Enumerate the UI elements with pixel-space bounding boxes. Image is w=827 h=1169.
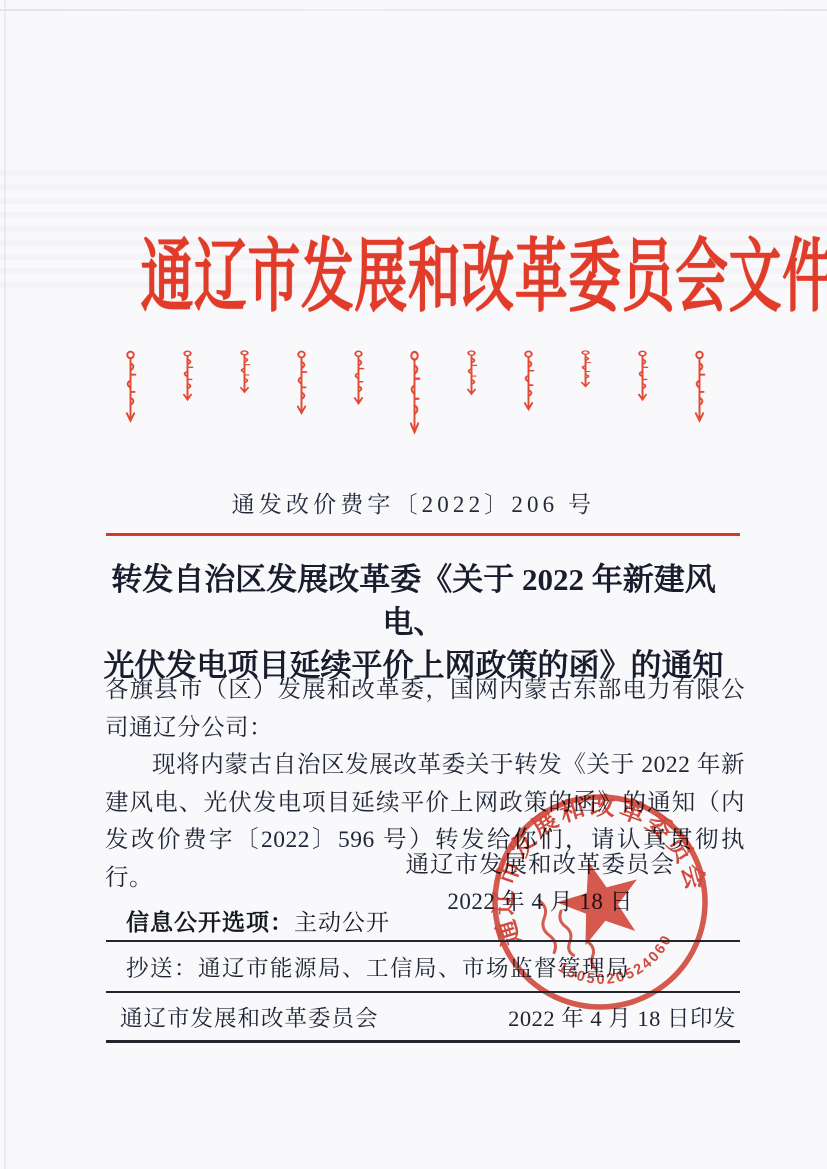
mongolian-word-glyph bbox=[238, 350, 251, 394]
seal-star-icon bbox=[548, 850, 650, 950]
cc-row: 抄送：通辽市能源局、工信局、市场监督管理局 bbox=[126, 951, 630, 983]
red-separator-rule bbox=[106, 533, 740, 536]
mongolian-word-glyph bbox=[408, 350, 421, 436]
footer-issuer: 通辽市发展和改革委员会 bbox=[106, 1001, 379, 1033]
masthead-agency-title: 通辽市发展和改革委员会文件 bbox=[141, 234, 687, 322]
document-title: 转发自治区发展改革委《关于 2022 年新建风电、 光伏发电项目延续平价上网政策… bbox=[85, 558, 742, 687]
document-title-line1: 转发自治区发展改革委《关于 2022 年新建风电、 bbox=[85, 558, 742, 644]
info-public-value: 主动公开 bbox=[294, 909, 390, 935]
divider-line-2 bbox=[106, 991, 740, 993]
info-public-label: 信息公开选项： bbox=[126, 909, 294, 935]
mongolian-word-glyph bbox=[124, 350, 137, 424]
mongolian-word-glyph bbox=[693, 350, 706, 424]
mongolian-word-glyph bbox=[522, 350, 535, 412]
footer-print-date: 2022 年 4 月 18 日印发 bbox=[508, 1001, 740, 1033]
mongolian-script-row bbox=[124, 350, 706, 442]
document-reference-number: 通发改价费字〔2022〕206 号 bbox=[0, 486, 827, 519]
mongolian-word-glyph bbox=[181, 350, 194, 402]
mongolian-word-glyph bbox=[465, 350, 478, 396]
cc-label: 抄送： bbox=[126, 956, 198, 981]
mongolian-word-glyph bbox=[352, 350, 365, 406]
mongolian-word-glyph bbox=[295, 350, 308, 416]
mongolian-word-glyph bbox=[636, 350, 649, 402]
mongolian-word-glyph bbox=[579, 350, 592, 388]
scanned-document-page: 通辽市发展和改革委员会文件 通发改价费字〔2022〕206 号 转发自治区发展改… bbox=[0, 0, 827, 1169]
salutation: 各旗县市（区）发展和改革委，国网内蒙古东部电力有限公司通辽分公司： bbox=[105, 672, 745, 747]
cc-value: 通辽市能源局、工信局、市场监督管理局 bbox=[198, 956, 630, 981]
scan-artifact-top-line bbox=[0, 9, 827, 11]
footer-row: 通辽市发展和改革委员会 2022 年 4 月 18 日印发 bbox=[106, 1001, 740, 1033]
divider-line-3 bbox=[106, 1040, 740, 1043]
divider-line-1 bbox=[106, 940, 740, 942]
info-public-row: 信息公开选项：主动公开 bbox=[126, 904, 390, 937]
